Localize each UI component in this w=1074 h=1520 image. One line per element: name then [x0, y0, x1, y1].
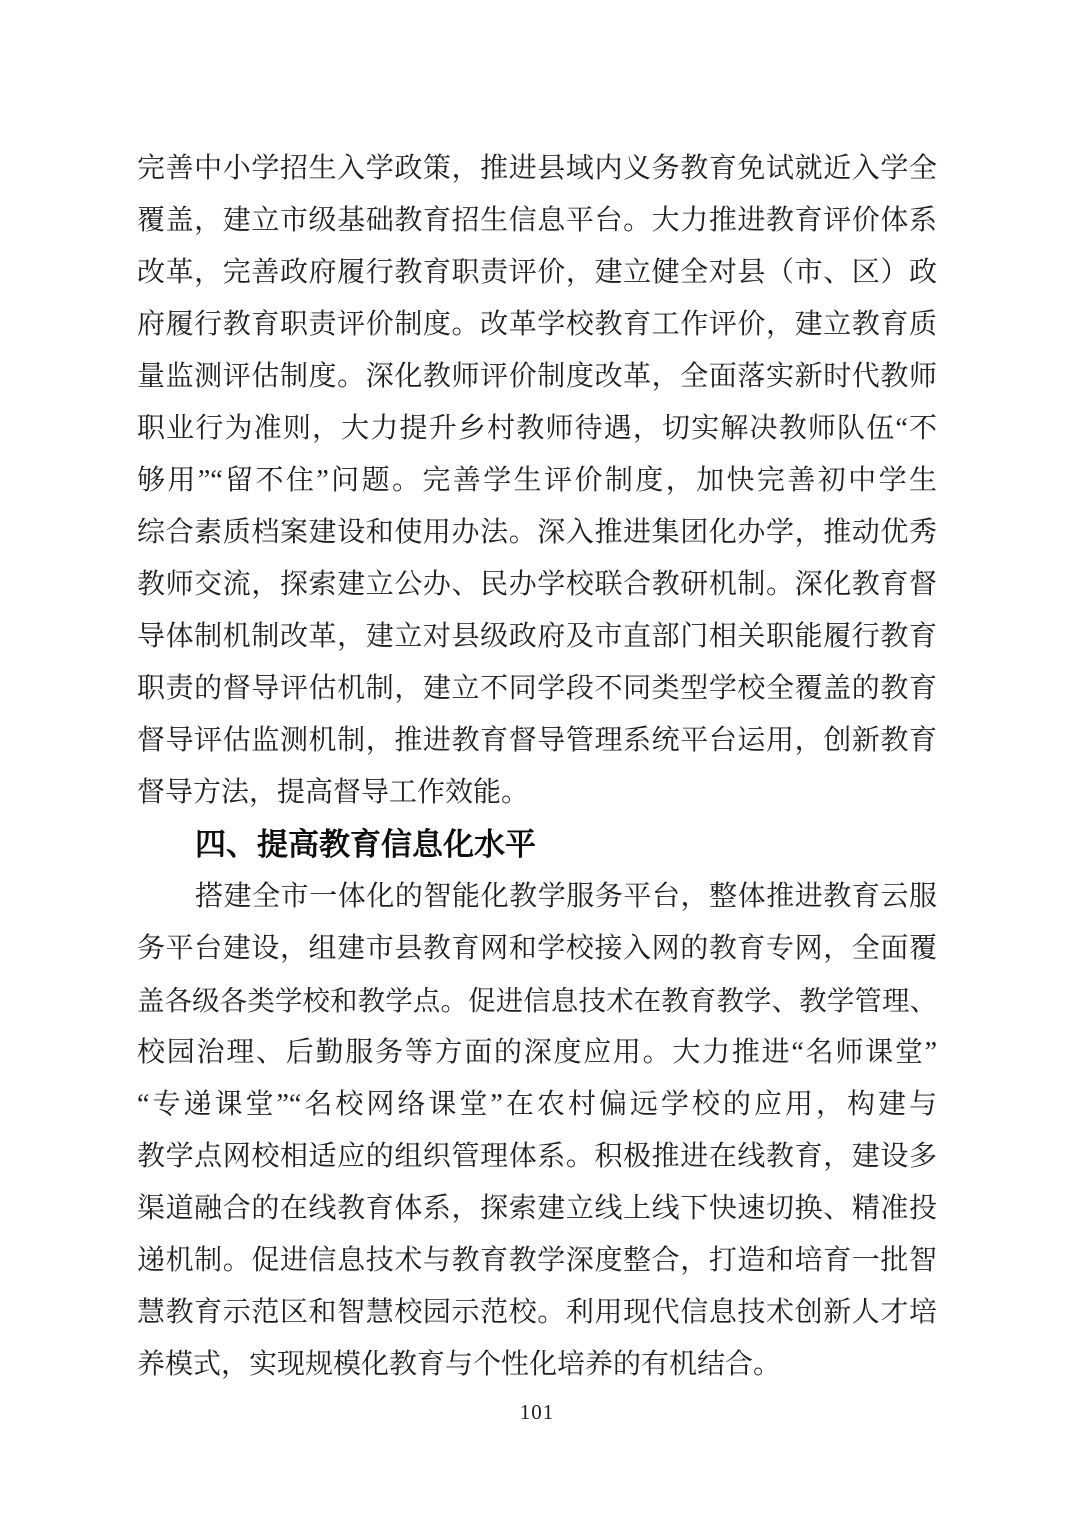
body-line: 督导方法，提高督导工作效能。 [137, 767, 937, 819]
body-line: 养模式，实现规模化教育与个性化培养的有机结合。 [137, 1339, 937, 1391]
body-line: 够用”“留不住”问题。完善学生评价制度，加快完善初中学生 [137, 455, 937, 507]
body-line: 慧教育示范区和智慧校园示范校。利用现代信息技术创新人才培 [137, 1287, 937, 1339]
body-line: “专递课堂”“名校网络课堂”在农村偏远学校的应用，构建与 [137, 1079, 937, 1131]
body-line: 督导评估监测机制，推进教育督导管理系统平台运用，创新教育 [137, 715, 937, 767]
body-line: 递机制。促进信息技术与教育教学深度整合，打造和培育一批智 [137, 1235, 937, 1287]
body-line: 职责的督导评估机制，建立不同学段不同类型学校全覆盖的教育 [137, 663, 937, 715]
body-line: 职业行为准则，大力提升乡村教师待遇，切实解决教师队伍“不 [137, 403, 937, 455]
body-line: 完善中小学招生入学政策，推进县域内义务教育免试就近入学全 [137, 143, 937, 195]
body-line: 覆盖，建立市级基础教育招生信息平台。大力推进教育评价体系 [137, 195, 937, 247]
body-line: 盖各级各类学校和教学点。促进信息技术在教育教学、教学管理、 [137, 975, 937, 1027]
body-line: 导体制机制改革，建立对县级政府及市直部门相关职能履行教育 [137, 611, 937, 663]
document-page: 完善中小学招生入学政策，推进县域内义务教育免试就近入学全 覆盖，建立市级基础教育… [0, 0, 1074, 1520]
body-line: 府履行教育职责评价制度。改革学校教育工作评价，建立教育质 [137, 299, 937, 351]
body-line: 教师交流，探索建立公办、民办学校联合教研机制。深化教育督 [137, 559, 937, 611]
page-number: 101 [0, 1400, 1074, 1425]
body-line: 搭建全市一体化的智能化教学服务平台，整体推进教育云服 [137, 871, 937, 923]
body-line: 综合素质档案建设和使用办法。深入推进集团化办学，推动优秀 [137, 507, 937, 559]
body-line: 校园治理、后勤服务等方面的深度应用。大力推进“名师课堂” [137, 1027, 937, 1079]
body-line: 改革，完善政府履行教育职责评价，建立健全对县（市、区）政 [137, 247, 937, 299]
body-line: 教学点网校相适应的组织管理体系。积极推进在线教育，建设多 [137, 1131, 937, 1183]
body-line: 务平台建设，组建市县教育网和学校接入网的教育专网，全面覆 [137, 923, 937, 975]
section-heading: 四、提高教育信息化水平 [195, 819, 937, 871]
body-line: 渠道融合的在线教育体系，探索建立线上线下快速切换、精准投 [137, 1183, 937, 1235]
body-line: 量监测评估制度。深化教师评价制度改革，全面落实新时代教师 [137, 351, 937, 403]
body-text-block: 完善中小学招生入学政策，推进县域内义务教育免试就近入学全 覆盖，建立市级基础教育… [137, 143, 937, 1391]
